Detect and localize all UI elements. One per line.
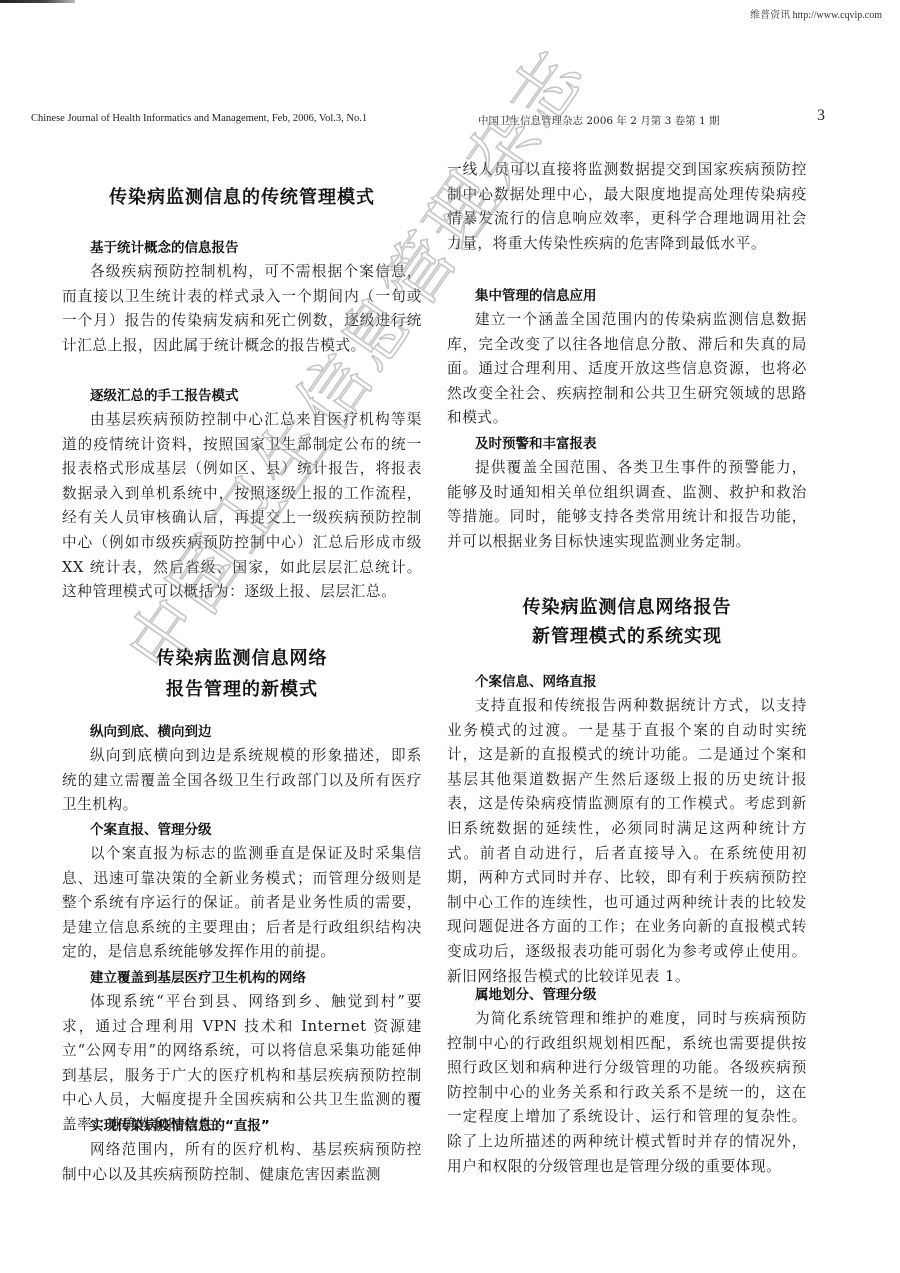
paragraph-territorial-division: 为简化系统管理和维护的难度，同时与疾病预防控制中心的行政组织规划相匹配，系统也需…: [447, 1007, 807, 1179]
paragraph-centralized-management: 建立一个涵盖全国范围内的传染病监测信息数据库，完全改变了以往各地信息分散、滞后和…: [447, 308, 807, 431]
paragraph-continued: 一线人员可以直接将监测数据提交到国家疾病预防控制中心数据处理中心，最大限度地提高…: [447, 158, 807, 256]
subheading-territorial-division: 属地划分、管理分级: [447, 983, 835, 1007]
subheading-case-direct-report: 个案直报、管理分级: [62, 818, 450, 842]
journal-name-english: Chinese Journal of Health Informatics an…: [31, 113, 367, 124]
paragraph-statistical-report: 各级疾病预防控制机构，可不需根据个案信息，而直接以卫生统计表的样式录入一个期间内…: [62, 260, 422, 358]
paragraph-manual-report: 由基层疾病预防控制中心汇总来自医疗机构等渠道的疫情统计资料，按照国家卫生部制定公…: [62, 408, 422, 605]
subheading-case-network-report: 个案信息、网络直报: [447, 670, 835, 694]
journal-name-chinese: 中国卫生信息管理杂志 2006 年 2 月第 3 卷第 1 期: [478, 113, 719, 128]
section-title-system-implementation-line1: 传染病监测信息网络报告: [447, 593, 807, 623]
subheading-direct-reporting: 实现传染病疫情信息的“直报”: [62, 1114, 450, 1138]
source-watermark-url: 维普资讯 http://www.cqvip.com: [750, 6, 882, 21]
paragraph-case-direct-report: 以个案直报为标志的监测垂直是保证及时采集信息、迅速可靠决策的全新业务模式；而管理…: [62, 842, 422, 965]
running-head: Chinese Journal of Health Informatics an…: [31, 113, 860, 129]
section-title-system-implementation-line2: 新管理模式的系统实现: [447, 622, 807, 652]
paragraph-direct-reporting: 网络范围内，所有的医疗机构、基层疾病预防控制中心以及其疾病预防控制、健康危害因素…: [62, 1138, 422, 1187]
page-number: 3: [817, 107, 825, 125]
subheading-statistical-report: 基于统计概念的信息报告: [62, 236, 450, 260]
paragraph-case-network-report: 支持直报和传统报告两种数据统计方式，以支持业务模式的过渡。一是基于直报个案的自动…: [447, 694, 807, 989]
subheading-centralized-management: 集中管理的信息应用: [447, 284, 835, 308]
paragraph-early-warning: 提供覆盖全国范围、各类卫生事件的预警能力，能够及时通知相关单位组织调查、监测、救…: [447, 456, 807, 554]
paragraph-vertical-horizontal: 纵向到底横向到边是系统规模的形象描述，即系统的建立需覆盖全国各级卫生行政部门以及…: [62, 744, 422, 818]
section-title-new-mode-line1: 传染病监测信息网络: [62, 644, 422, 674]
subheading-vertical-horizontal: 纵向到底、横向到边: [62, 720, 450, 744]
subheading-manual-report: 逐级汇总的手工报告模式: [62, 384, 450, 408]
scan-corner-mark: [0, 0, 75, 3]
section-title-new-mode-line2: 报告管理的新模式: [62, 675, 422, 705]
section-title-traditional-mode: 传染病监测信息的传统管理模式: [62, 183, 422, 213]
subheading-early-warning: 及时预警和丰富报表: [447, 432, 835, 456]
subheading-grassroots-network: 建立覆盖到基层医疗卫生机构的网络: [62, 966, 450, 990]
